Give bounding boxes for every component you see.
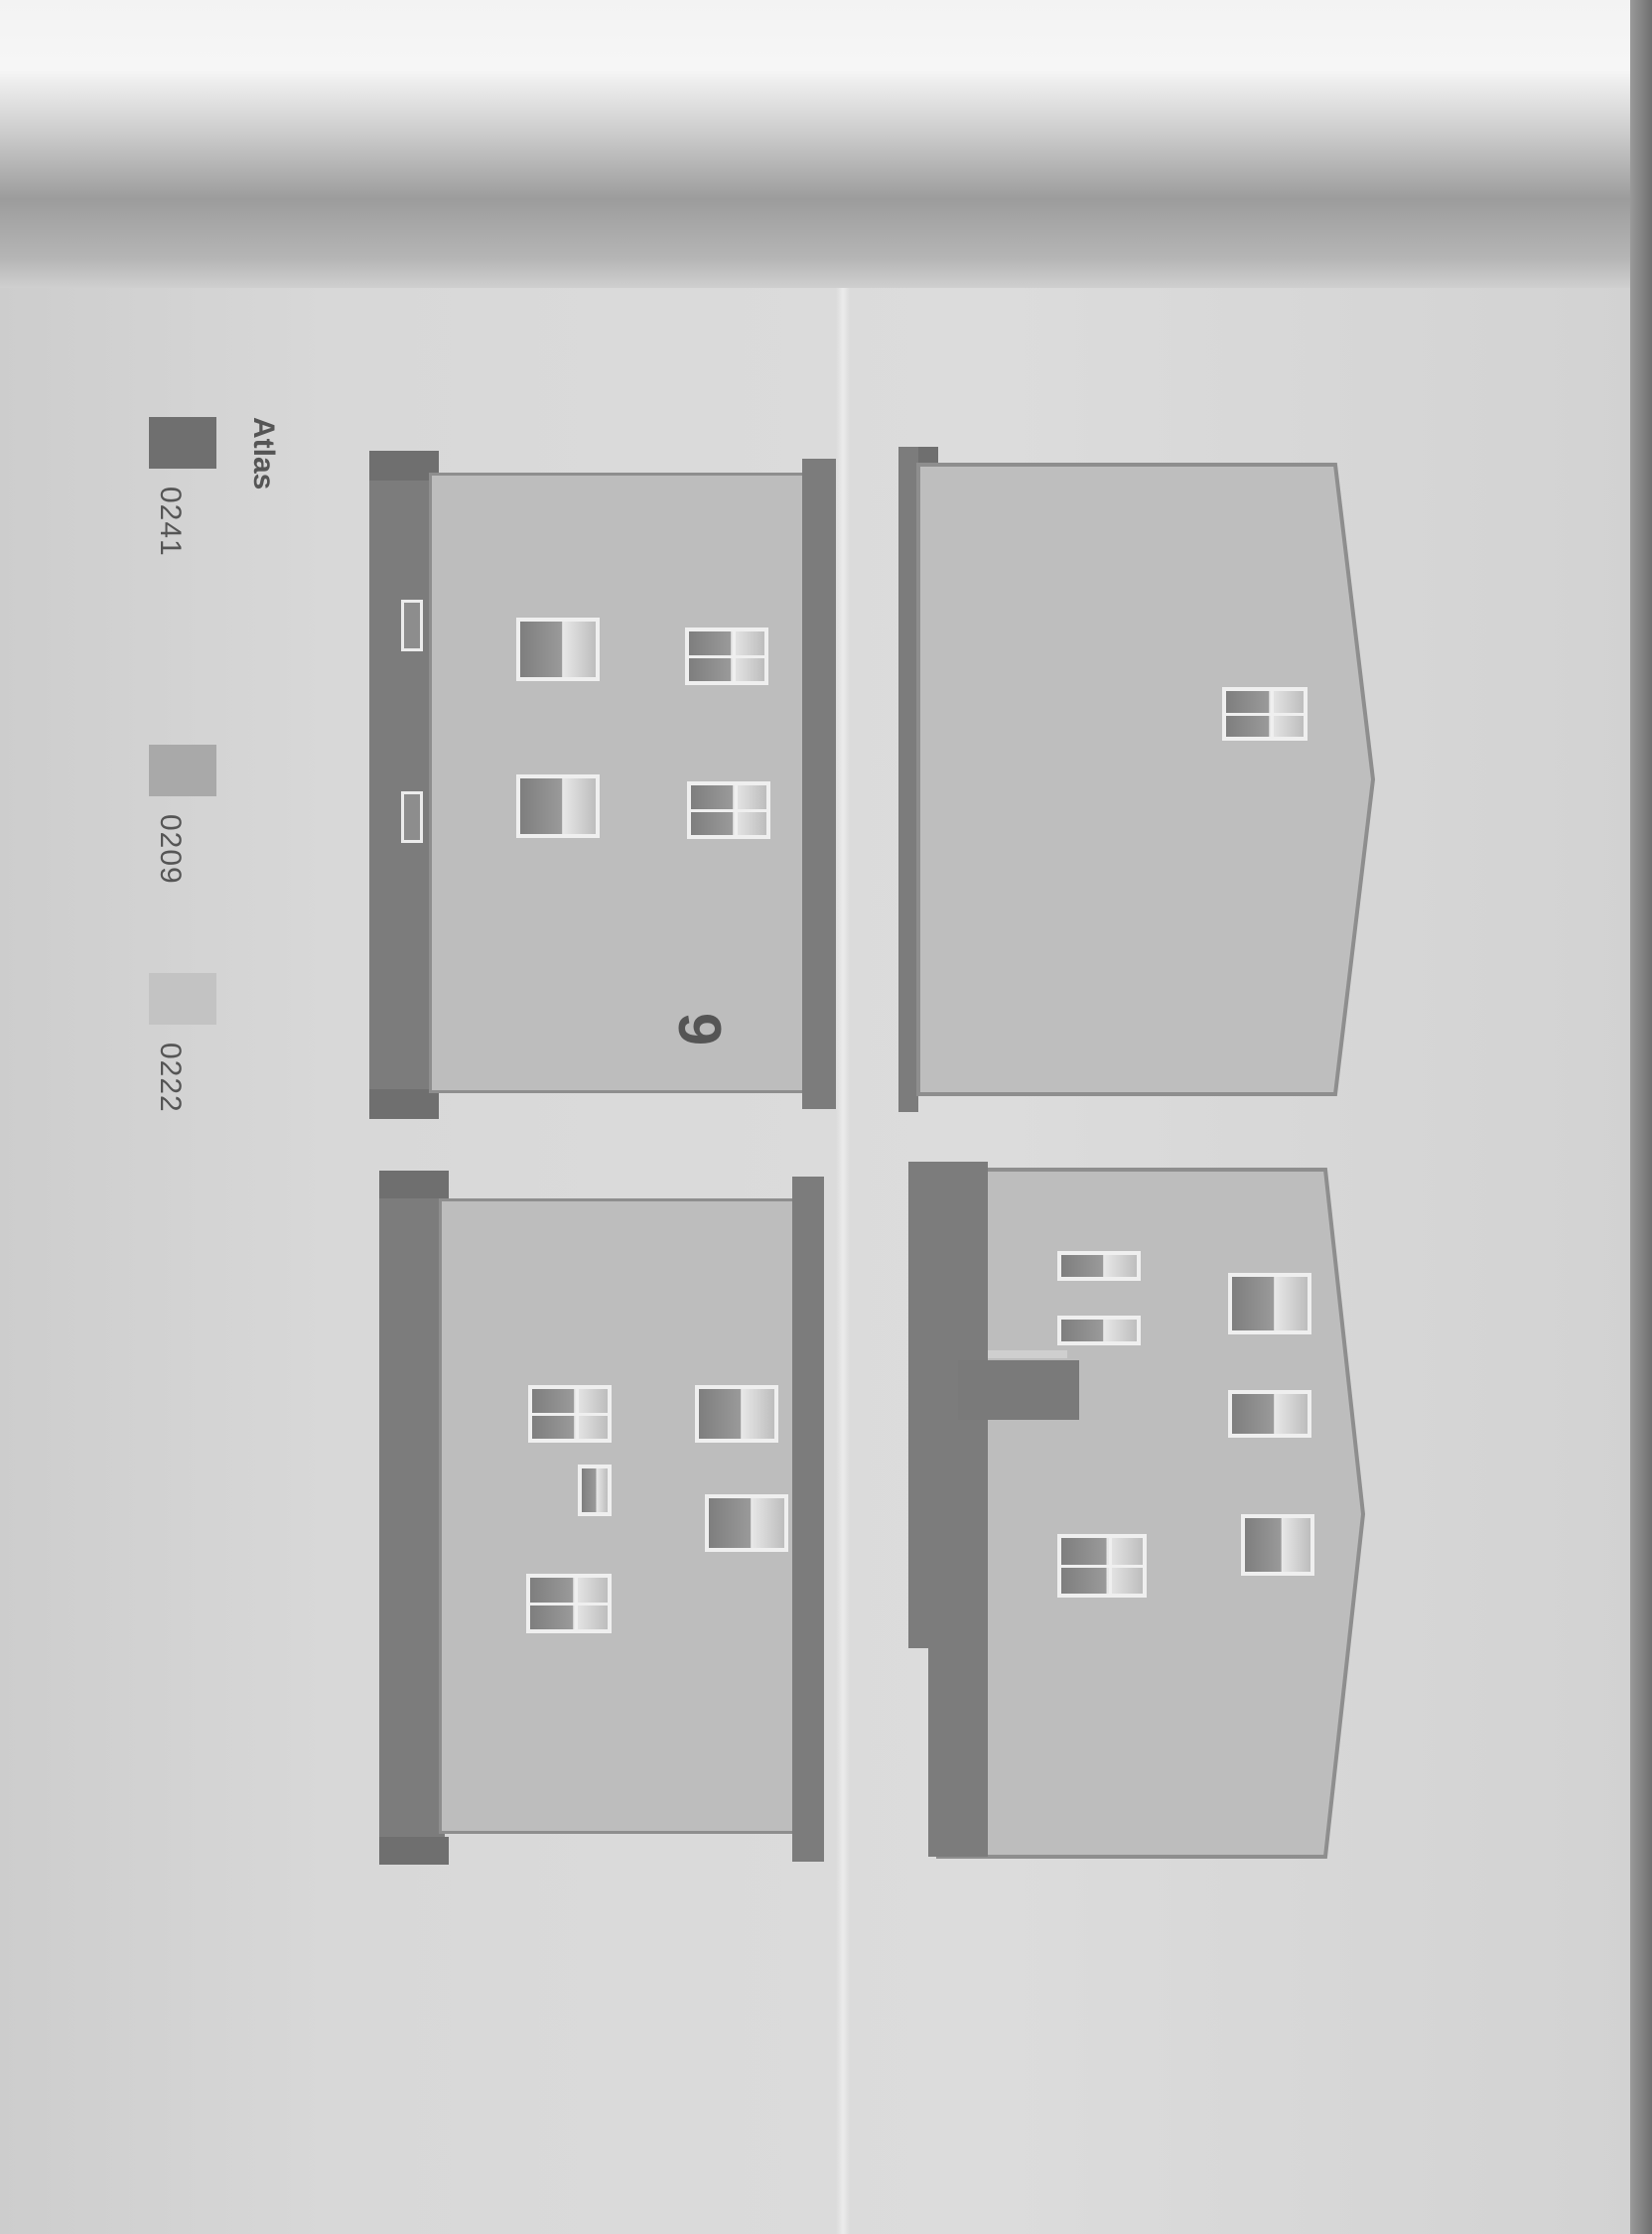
legend: Atlas 0241 0209 0222	[149, 417, 288, 1152]
legend-swatch	[149, 417, 216, 469]
window	[526, 1574, 612, 1633]
window	[1057, 1534, 1147, 1598]
cornice-end	[379, 1837, 449, 1865]
house-number: 9	[665, 1013, 734, 1046]
window	[1228, 1390, 1311, 1438]
base-plinth	[802, 459, 836, 1109]
window	[516, 774, 600, 838]
attic-window	[401, 791, 423, 843]
elevation-b	[898, 447, 1375, 1112]
window	[1057, 1316, 1141, 1345]
page-fold-line	[836, 288, 850, 2234]
elevation-a: 9	[369, 459, 836, 1109]
base-plinth	[792, 1177, 824, 1862]
eave-band	[928, 1162, 988, 1857]
cornice-end	[379, 1171, 449, 1198]
window	[1057, 1251, 1141, 1281]
window	[685, 628, 768, 685]
legend-swatch	[149, 973, 216, 1025]
window	[578, 1465, 612, 1516]
attic-window	[401, 600, 423, 651]
window	[1228, 1273, 1311, 1334]
window	[695, 1385, 778, 1443]
scan-background-band	[0, 0, 1652, 298]
window	[528, 1385, 612, 1443]
entrance-lintel	[988, 1350, 1067, 1358]
legend-label: 0222	[153, 1043, 187, 1113]
window	[1222, 687, 1308, 741]
page-edge	[1630, 0, 1652, 2234]
elevation-d	[908, 1162, 1365, 1867]
gable-outline	[898, 447, 1375, 1112]
legend-label: 0241	[153, 487, 187, 557]
legend-swatch	[149, 745, 216, 796]
cornice-end	[369, 1089, 439, 1119]
parapet	[379, 1177, 445, 1862]
elevation-c	[379, 1177, 826, 1862]
window	[516, 618, 600, 681]
entrance-canopy	[958, 1360, 1079, 1420]
window	[687, 781, 770, 839]
window	[1241, 1514, 1314, 1576]
parapet	[369, 459, 435, 1109]
legend-label: 0209	[153, 814, 187, 885]
legend-title: Atlas	[246, 417, 280, 489]
window	[705, 1494, 788, 1552]
